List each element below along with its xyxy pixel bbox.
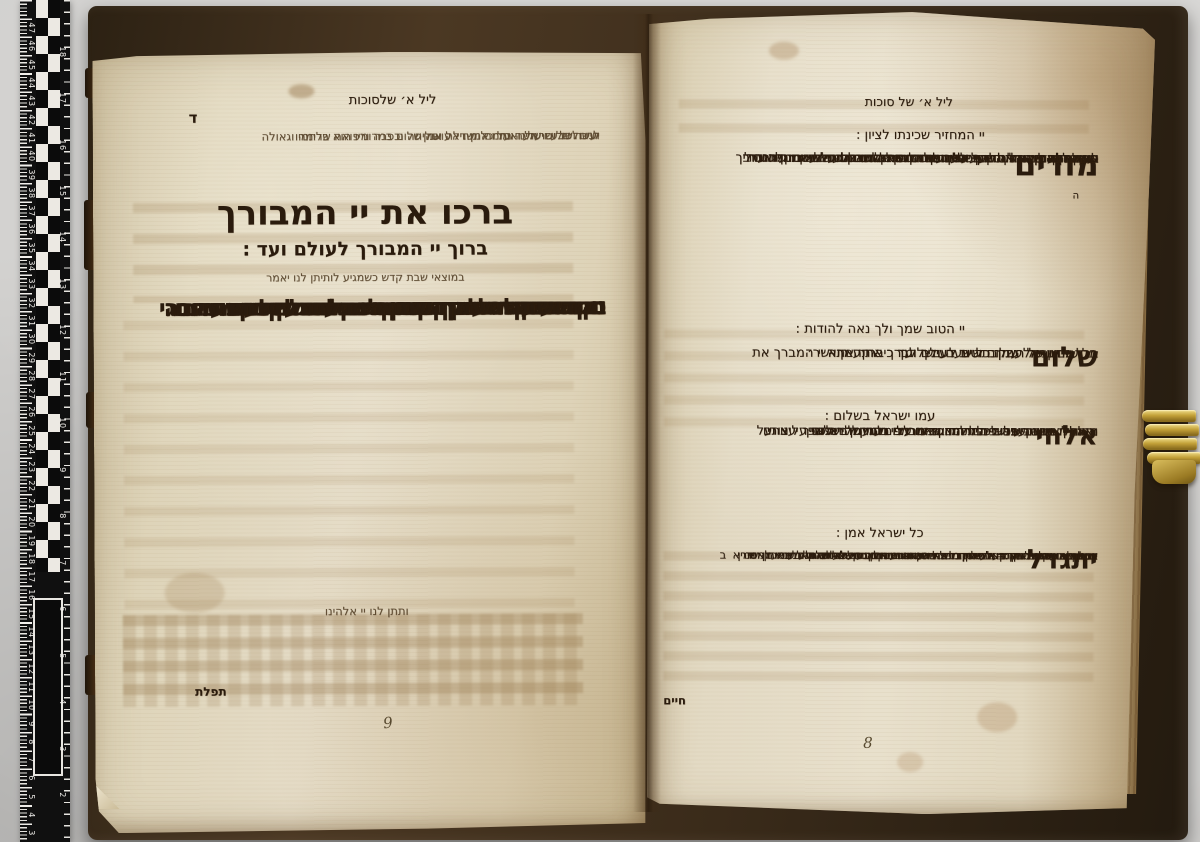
catchword: חיים — [663, 693, 686, 707]
text-line: יעשה שלום עלינו ועל כל ישראל אמן : — [416, 127, 600, 145]
stain — [769, 42, 799, 60]
text-line: בכל יום ובכל עת ובכל שעה בשלומך ברוך אתה… — [752, 343, 1098, 365]
penciled-page-number: 9 — [382, 713, 393, 732]
penciled-page-number: 8 — [863, 734, 873, 752]
ruler-number: 11 — [58, 369, 66, 385]
ink-show-through — [123, 613, 583, 707]
ruler-number: 7 — [58, 555, 66, 571]
text-line: באמת כי טוב האל ישועתנו ועזרתנו סלה האל … — [746, 148, 1099, 170]
right-page: ליל א׳ של סוכות ה יי המחזיר שכינתו לציון… — [647, 11, 1155, 814]
text-line: דכל בית ישראל קדם אבוהון דבשמיא ואמרו אמ… — [733, 546, 1098, 567]
clasp-base — [1152, 460, 1196, 484]
photographic-scale-ruler: 3456789101112131415161718192021222324252… — [20, 0, 70, 842]
clasp-ridge — [1145, 424, 1199, 436]
book-gutter-shadow — [633, 14, 661, 812]
running-header: ליל א׳ שלסוכות — [242, 92, 542, 110]
ruler-number: 10 — [58, 415, 66, 431]
ink-show-through — [123, 319, 574, 611]
ruler-number: 18 — [58, 44, 66, 60]
margin-custos-mark: ה — [1073, 190, 1080, 203]
text-line: בקדושתך : — [490, 292, 606, 324]
ruler-number: 4 — [58, 694, 66, 710]
brass-clasp — [1142, 408, 1200, 496]
modim-closing: יי הטוב שמך ולך נאה להודות : — [662, 321, 1098, 339]
clasp-ridge — [1142, 410, 1196, 422]
ruler-number: 2 — [58, 787, 66, 803]
quire-signature-mark: ד — [189, 109, 198, 128]
ruler-number: 15 — [58, 183, 66, 199]
elohai-closing: כל ישראל אמן : — [662, 525, 1098, 542]
kaddish-prayer: יתגדל ויתקדש שמיה רבא בעלמא דברא כרעותיה… — [662, 545, 1098, 546]
text-line: וגואלי עושה שלום במרומיו הוא ברחמיו יעשה… — [757, 422, 1098, 443]
clasp-ridge — [1143, 438, 1197, 450]
barchu-call: ברכו את יי המבורך — [130, 191, 600, 236]
ruler-number: 13 — [58, 276, 66, 292]
catchword: תפלת — [195, 685, 227, 700]
running-header: ליל א׳ של סוכות — [789, 94, 1029, 110]
photo-of-open-hebrew-prayer-book: 3456789101112131415161718192021222324252… — [0, 0, 1200, 842]
ruler-number: 3 — [58, 741, 66, 757]
ruler-inch-numbers: 23456789101112131415161718 — [20, 0, 70, 842]
ruler-number: 14 — [58, 229, 66, 245]
foxing-spot — [897, 752, 923, 772]
ruler-number: 12 — [58, 322, 66, 338]
barchu-response: ברוך יי המבורך לעולם ועד : — [130, 237, 600, 263]
ruler-number: 8 — [58, 508, 66, 524]
ruler-number: 17 — [58, 90, 66, 106]
ruler-number: 16 — [58, 137, 66, 153]
ruler-number: 5 — [58, 648, 66, 664]
foxing-spot — [977, 702, 1017, 732]
left-page: ד ליל א׳ שלסוכות חיים ושבע וישועה נחמה ו… — [92, 51, 648, 833]
ruler-number: 9 — [58, 462, 66, 478]
ruler-number: 6 — [58, 601, 66, 617]
instruction-rubric: במוצאי שבת קדש כשמגיע לותיתן לנו יאמר — [130, 270, 600, 286]
continuation-cue: ותתן לנו יי אלהינו — [132, 603, 602, 619]
blessing-end-line: יי המחזיר שכינתו לציון : — [663, 127, 1099, 144]
